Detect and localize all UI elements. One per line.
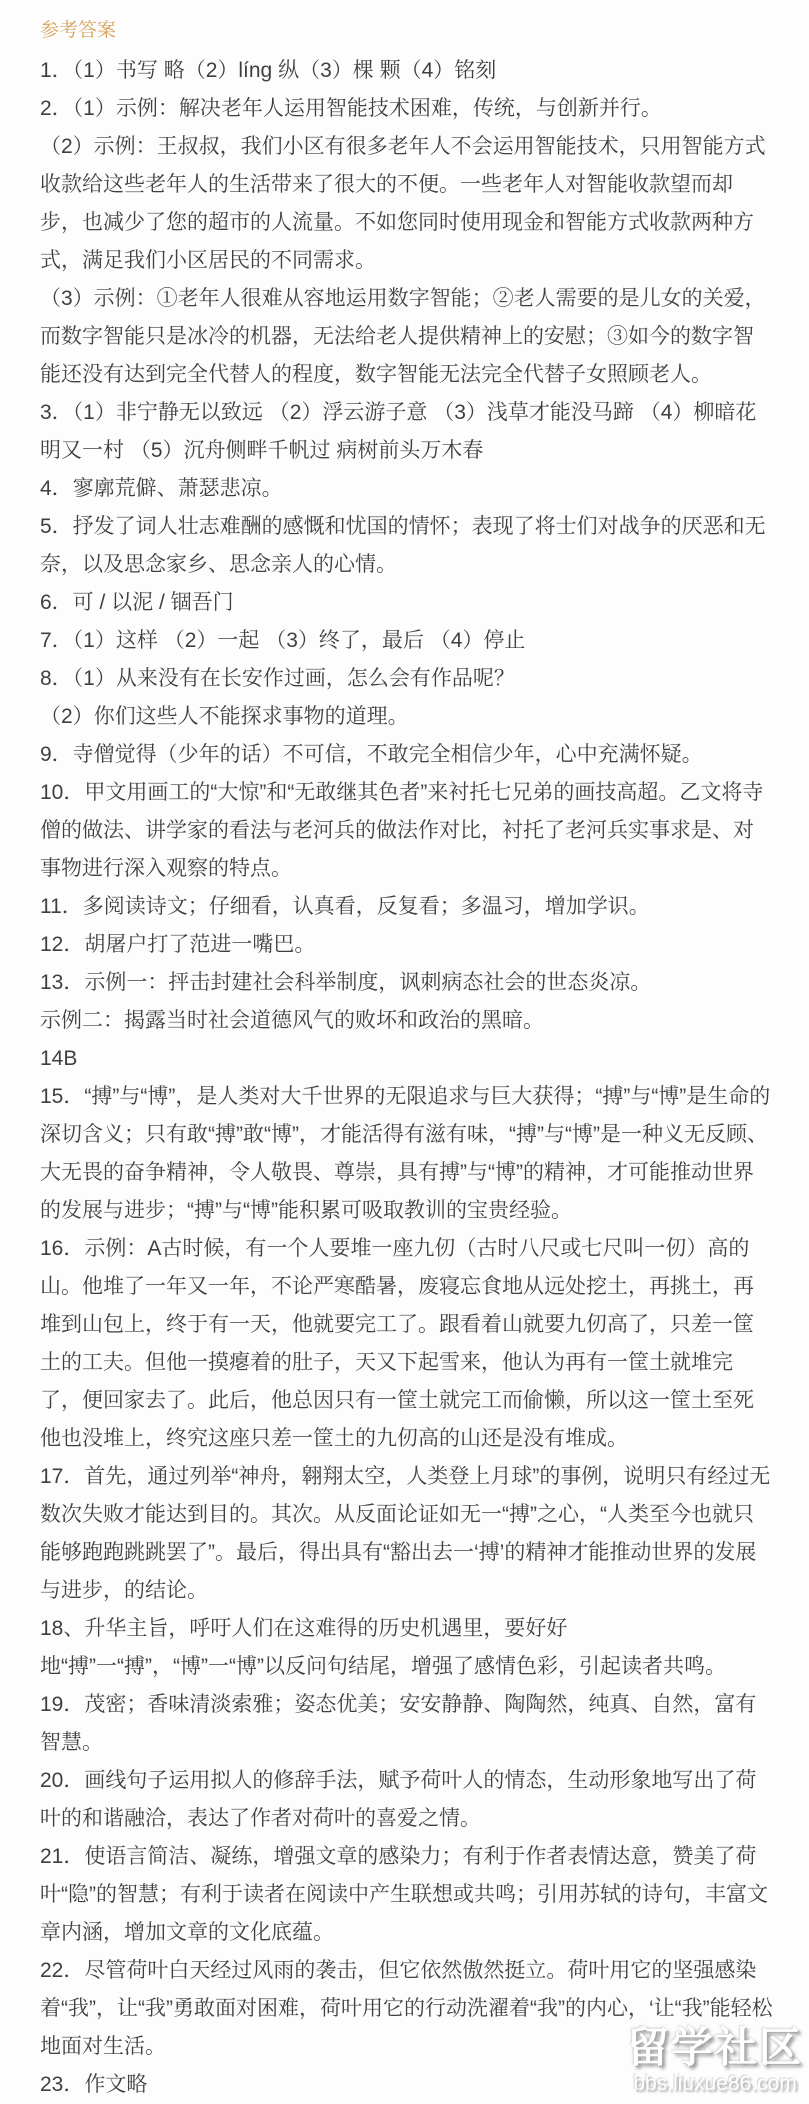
page-title: 参考答案 [40,18,773,44]
answer-paragraph: 18、升华主旨，呼吁人们在这难得的历史机遇里，要好好 [40,1610,773,1648]
answer-paragraph: （2）示例：王叔叔，我们小区有很多老年人不会运用智能技术，只用智能方式收款给这些… [40,128,773,280]
answer-paragraph: 20．画线句子运用拟人的修辞手法，赋予荷叶人的情态，生动形象地写出了荷叶的和谐融… [40,1762,773,1838]
answer-key-document: 参考答案 1．（1）书写 略（2）líng 纵（3）棵 颗（4）铭刻 2．（1）… [0,0,809,2104]
answer-paragraph: 13．示例一：抨击封建社会科举制度，讽刺病态社会的世态炎凉。 [40,964,773,1002]
answer-paragraph: 12．胡屠户打了范进一嘴巴。 [40,926,773,964]
answer-paragraph: 4．寥廓荒僻、萧瑟悲凉。 [40,470,773,508]
answer-paragraph: 示例二：揭露当时社会道德风气的败坏和政治的黑暗。 [40,1002,773,1040]
answer-paragraph: 11．多阅读诗文；仔细看，认真看，反复看；多温习，增加学识。 [40,888,773,926]
answer-paragraph: 17．首先，通过列举“神舟，翱翔太空，人类登上月球”的事例，说明只有经过无数次失… [40,1458,773,1610]
answer-paragraph: 14B [40,1040,773,1078]
answer-paragraph: 8．（1）从来没有在长安作过画，怎么会有作品呢？ [40,660,773,698]
answer-paragraph: 23．作文略 [40,2066,773,2104]
answer-paragraph: 地“搏”一“搏”，“博”一“博”以反问句结尾，增强了感情色彩，引起读者共鸣。 [40,1648,773,1686]
answer-paragraph: （3）示例：①老年人很难从容地运用数字智能；②老人需要的是儿女的关爱，而数字智能… [40,280,773,394]
answer-paragraph: 19．茂密；香味清淡索雅；姿态优美；安安静静、陶陶然，纯真、自然，富有智慧。 [40,1686,773,1762]
answer-paragraph: 9．寺僧觉得（少年的话）不可信，不敢完全相信少年，心中充满怀疑。 [40,736,773,774]
answer-paragraph: 5．抒发了词人壮志难酬的感慨和忧国的情怀；表现了将士们对战争的厌恶和无奈，以及思… [40,508,773,584]
answer-paragraph: 15．“搏”与“博”，是人类对大千世界的无限追求与巨大获得；“搏”与“博”是生命… [40,1078,773,1230]
answer-paragraph: 21．使语言简洁、凝练，增强文章的感染力；有利于作者表情达意，赞美了荷叶“隐”的… [40,1838,773,1952]
answer-paragraph: 2．（1）示例：解决老年人运用智能技术困难，传统，与创新并行。 [40,90,773,128]
answer-paragraph: 10．甲文用画工的“大惊”和“无敢继其色者”来衬托七兄弟的画技高超。乙文将寺僧的… [40,774,773,888]
answer-paragraph: 22．尽管荷叶白天经过风雨的袭击，但它依然傲然挺立。荷叶用它的坚强感染着“我”，… [40,1952,773,2066]
answer-paragraph: 16．示例：A古时候，有一个人要堆一座九仞（古时八尺或七尺叫一仞）高的山。他堆了… [40,1230,773,1458]
answer-paragraph: 1．（1）书写 略（2）líng 纵（3）棵 颗（4）铭刻 [40,52,773,90]
answer-paragraph: （2）你们这些人不能探求事物的道理。 [40,698,773,736]
answer-paragraph: 7．（1）这样 （2）一起 （3）终了，最后 （4）停止 [40,622,773,660]
answer-paragraph: 3．（1）非宁静无以致远 （2）浮云游子意 （3）浅草才能没马蹄 （4）柳暗花明… [40,394,773,470]
answer-paragraph: 6．可 / 以泥 / 锢吾门 [40,584,773,622]
